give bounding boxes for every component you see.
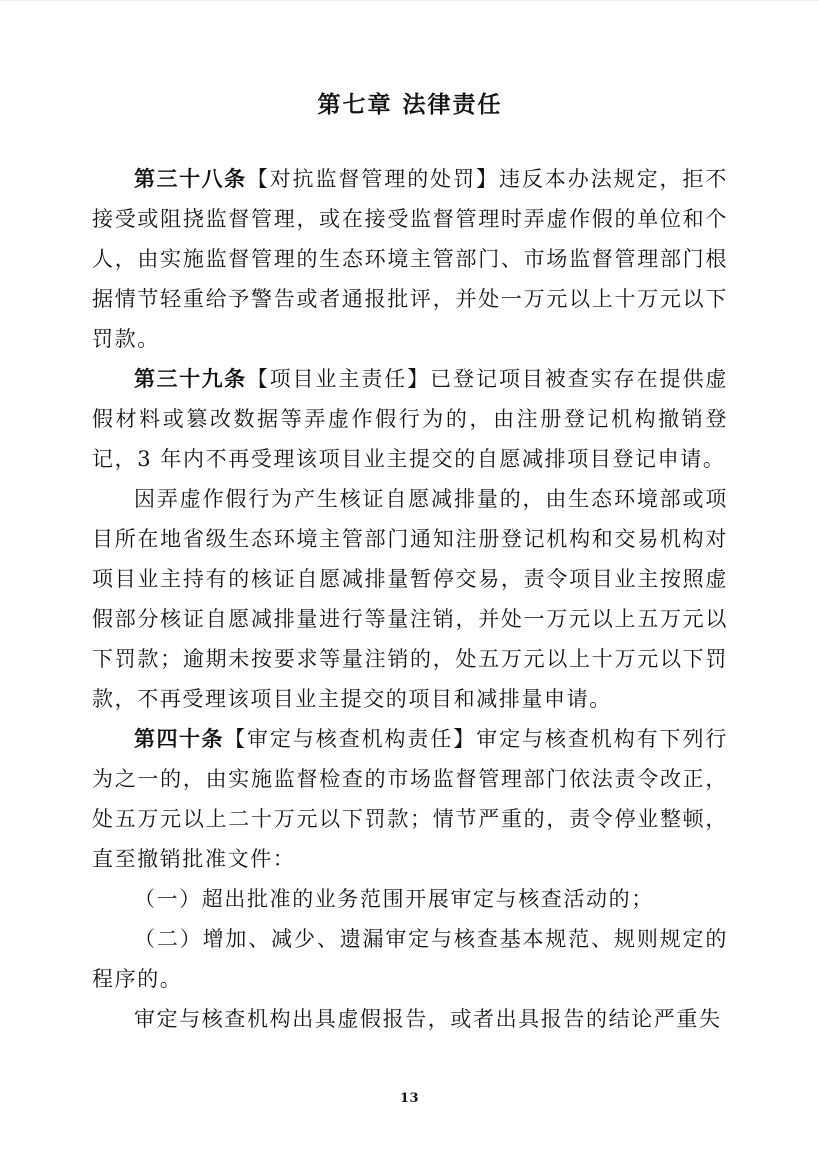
article-39-clause: 第三十九条【项目业主责任】已登记项目被查实存在提供虚假材料或篡改数据等弄虚作假行… <box>92 359 728 479</box>
article-38-number: 第三十八条 <box>134 167 247 191</box>
article-40-number: 第四十条 <box>134 727 224 751</box>
article-40-item-1: （一）超出批准的业务范围开展审定与核查活动的； <box>92 879 728 919</box>
document-body: 第三十八条【对抗监督管理的处罚】违反本办法规定，拒不接受或阻挠监督管理，或在接受… <box>92 159 728 1039</box>
article-40-paragraph-2: 审定与核查机构出具虚假报告，或者出具报告的结论严重失 <box>92 999 728 1039</box>
article-39-paragraph-2: 因弄虚作假行为产生核证自愿减排量的，由生态环境部或项目所在地省级生态环境主管部门… <box>92 479 728 719</box>
article-38-text: 违反本办法规定，拒不接受或阻挠监督管理，或在接受监督管理时弄虚作假的单位和个人，… <box>92 167 728 351</box>
chapter-title: 第七章 法律责任 <box>92 91 728 119</box>
article-40-clause: 第四十条【审定与核查机构责任】审定与核查机构有下列行为之一的，由实施监督检查的市… <box>92 719 728 879</box>
article-39-subtitle: 【项目业主责任】 <box>247 367 430 391</box>
article-38-clause: 第三十八条【对抗监督管理的处罚】违反本办法规定，拒不接受或阻挠监督管理，或在接受… <box>92 159 728 359</box>
page-number: 13 <box>0 1091 819 1106</box>
article-39-number: 第三十九条 <box>134 367 247 391</box>
article-38-subtitle: 【对抗监督管理的处罚】 <box>247 167 499 191</box>
article-40-subtitle: 【审定与核查机构责任】 <box>224 727 476 751</box>
document-page: 第七章 法律责任 第三十八条【对抗监督管理的处罚】违反本办法规定，拒不接受或阻挠… <box>0 0 819 1162</box>
article-40-item-2: （二）增加、减少、遗漏审定与核查基本规范、规则规定的程序的。 <box>92 919 728 999</box>
